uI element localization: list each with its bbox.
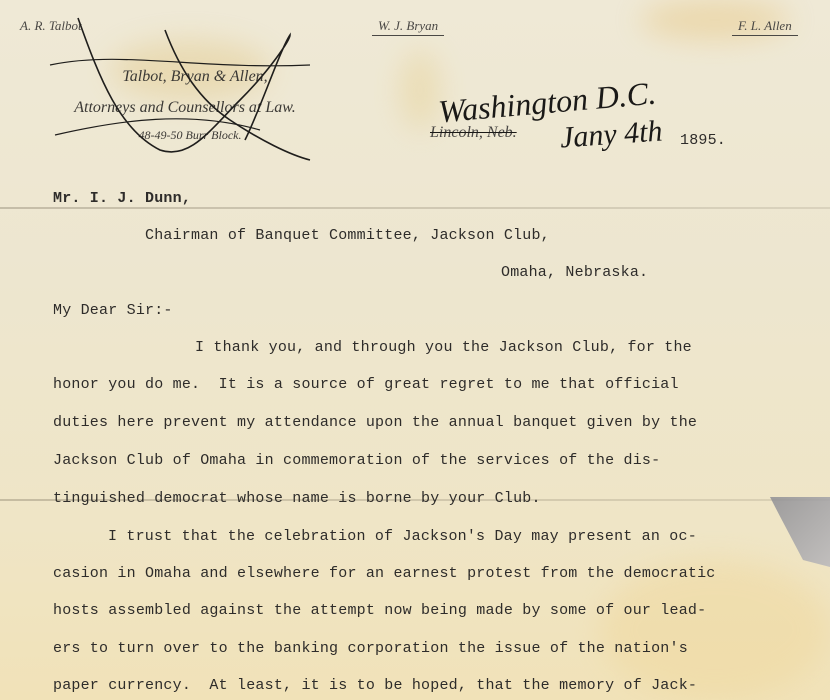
recipient-title: Chairman of Banquet Committee, Jackson C… [145, 227, 550, 244]
printed-place-struck: Lincoln, Neb. [430, 124, 517, 142]
body-line: duties here prevent my attendance upon t… [53, 414, 697, 431]
body-line: tinguished democrat whose name is borne … [53, 490, 541, 507]
body-line: ers to turn over to the banking corporat… [53, 640, 688, 657]
salutation: My Dear Sir:- [53, 302, 173, 319]
recipient-location: Omaha, Nebraska. [501, 264, 648, 281]
body-line: Jackson Club of Omaha in commemoration o… [53, 452, 660, 469]
body-line: hosts assembled against the attempt now … [53, 602, 706, 619]
crossout-scribble-icon [40, 10, 330, 170]
body-line: paper currency. At least, it is to be ho… [53, 677, 697, 694]
body-line: I thank you, and through you the Jackson… [195, 339, 692, 356]
recipient-name: Mr. I. J. Dunn, [53, 190, 191, 207]
body-line: casion in Omaha and elsewhere for an ear… [53, 565, 716, 582]
paper-fold [0, 207, 830, 209]
body-line: I trust that the celebration of Jackson'… [108, 528, 697, 545]
partner-name-allen: F. L. Allen [732, 18, 798, 36]
body-line: honor you do me. It is a source of great… [53, 376, 679, 393]
date-year: 1895. [680, 132, 726, 149]
paper-stain [400, 50, 440, 130]
paper-tear [770, 497, 830, 567]
partner-name-bryan: W. J. Bryan [372, 18, 444, 36]
handwritten-date: Jany 4th [559, 114, 664, 155]
